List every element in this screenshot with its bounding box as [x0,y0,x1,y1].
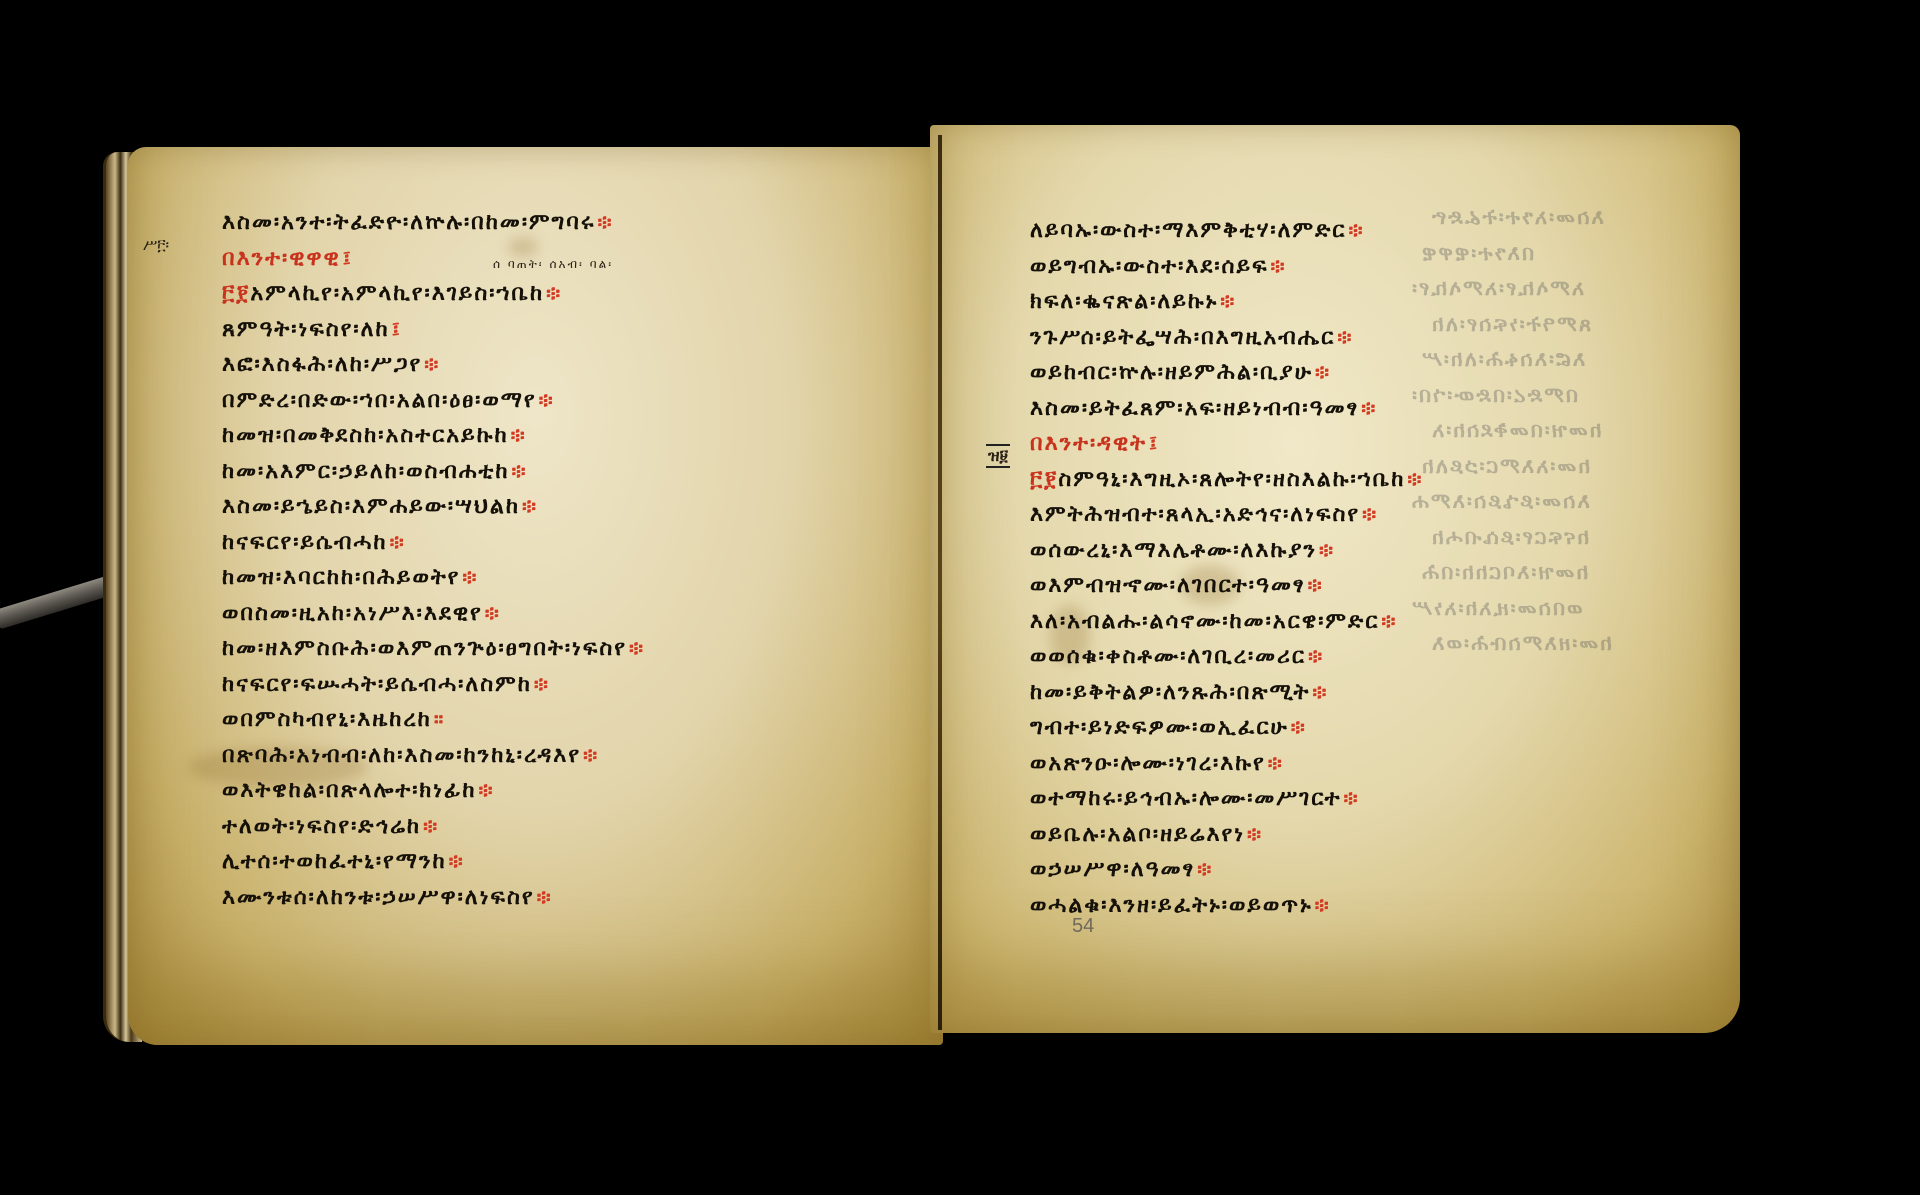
left-text-line: ጸምዓት፡ነፍስየ፡ለከ፤ [222,312,645,348]
verse-divider-icon: ፤ [392,317,402,341]
right-text-line: እምትሕዝብተ፡ጸላኢ፡አድኅና፡ለነፍስየ፨ [1030,497,1423,533]
left-text-line: ወበስመ፡ዚአከ፡አነሥእ፡እደዊየ፨ [222,596,645,632]
rubric-numeral: ፫፻ [1030,467,1058,492]
line-text: ወይከብር፡ኵሉ፡ዘይምሕል፡ቢያሁ [1030,360,1313,385]
verse-divider-icon: ፨ [462,565,478,589]
verse-divider-icon: ፨ [1197,857,1213,881]
bleed-through-line: በምድረ፡በድው፡ኀበ፡ [1410,383,1578,408]
verse-divider-icon: ፨ [1291,715,1307,739]
left-text-line: ከመ፡ዘእምስቡሕ፡ወእምጠንጕዕ፡ፀግበት፡ነፍስየ፨ [222,631,645,667]
line-text: እምትሕዝብተ፡ጸላኢ፡አድኅና፡ለነፍስየ [1030,502,1360,527]
line-text: ወተማከሩ፡ይኅብኡ፡ሎሙ፡መሥገርተ [1030,786,1342,811]
left-text-line: ተለወት፡ነፍስየ፡ድኅሬከ፨ [222,809,645,845]
bleed-through-line: ወበስመ፡ዚአከ፡አነሥ [1410,596,1583,621]
verse-divider-icon: ፨ [1315,360,1331,384]
verse-divider-icon: ፤ [343,246,353,270]
verse-divider-icon: ፨ [534,672,550,696]
verse-divider-icon: ፨ [1308,644,1324,668]
verse-divider-icon: ፨ [1315,893,1331,917]
right-text-line: ንጉሥሰ፡ይትፌሣሕ፡በእግዚአብሔር፨ [1030,320,1423,356]
bleed-through-line: እስመ፡አንተ፡ትፈድዮ [1430,205,1604,230]
line-text: እለ፡አብልሑ፡ልሳኖሙ፡ከመ፡አርዌ፡ምድር [1030,609,1379,634]
verse-divider-icon: ፤ [1149,431,1159,455]
verse-divider-icon: ፨ [1344,786,1360,810]
bleed-through-line: ከመ፡ዘእምስቡሕ፡ወእ [1430,631,1612,656]
verse-divider-icon: ፨ [1319,538,1335,562]
verse-divider-icon: ፨ [485,601,501,625]
verse-divider-icon: ፨ [1362,502,1378,526]
rubric-numeral: ፫፻ [222,281,250,306]
right-text-line: ወእምብዝኆሙ፡ለገበርተ፡ዓመፃ፨ [1030,568,1423,604]
verse-divider-icon: ፨ [423,814,439,838]
left-text-line: ፫፻አምላኪየ፡አምላኪየ፡እገይስ፡ኀቤከ፨ [222,276,645,312]
verse-divider-icon: ፨ [546,281,562,305]
right-text-line: በእንተ፡ዳዊት፤ [1030,426,1423,462]
line-text: እስመ፡አንተ፡ትፈድዮ፡ለኵሉ፡በከመ፡ምግባሩ [222,210,595,235]
verse-divider-icon: ፨ [537,885,553,909]
right-text-line: ወአጽንዑ፡ሎሙ፡ነገረ፡እኩየ፨ [1030,746,1423,782]
verse-divider-icon: ፨ [1271,254,1287,278]
left-text-line: ከናፍርየ፡ይሴብሓከ፨ [222,525,645,561]
left-text-line: እስመ፡ይኄይስ፡እምሐይው፡ሣህልከ፨ [222,489,645,525]
bleed-through-line: እስመ፡ይኄይስ፡እምሐ [1410,489,1590,514]
verse-divider-icon: ፨ [629,636,645,660]
open-manuscript: ሥ፫፡ ሰ ባጠት፡ ሰአብ፡ ባል፡ ዝ፱ 54 እስመ፡አንተ፡ትፈድዮበእ… [0,0,1920,1195]
bleed-through-line: ጸምዓት፡ነፍስየ፡ለከ [1430,312,1591,337]
verse-divider-icon: ። [434,707,445,731]
line-text: በእንተ፡ዳዊት [1030,431,1147,456]
left-page-text: እስመ፡አንተ፡ትፈድዮ፡ለኵሉ፡በከመ፡ምግባሩ፨በእንተ፡ዊዋዊ፤፫፻አምላ… [222,205,645,915]
line-text: በእንተ፡ዊዋዊ [222,246,341,271]
line-text: ወእትዌከል፡በጽላሎተ፡ክነፊከ [222,778,477,803]
verse-divider-icon: ፨ [1337,325,1353,349]
line-text: ለይባኡ፡ውስተ፡ማእምቅቲሃ፡ለምድር [1030,218,1346,243]
line-text: ጸምዓት፡ነፍስየ፡ለከ [222,317,390,342]
verse-divider-icon: ፨ [1268,751,1284,775]
right-page-text: ለይባኡ፡ውስተ፡ማእምቅቲሃ፡ለምድር፨ወይግብኡ፡ውስተ፡እደ፡ሰይፍ፨ክፍ… [1030,213,1423,923]
line-text: ከመዝ፡በመቅደስከ፡አስተርአይኩከ [222,423,509,448]
verse-divider-icon: ፨ [1407,467,1423,491]
line-text: ወሰውረኒ፡እማእሌቶሙ፡ለእኩያን [1030,538,1317,563]
line-text: ወበምስካብየኒ፡እዜከረከ [222,707,432,732]
right-text-line: እስመ፡ይትፈጸም፡አፍ፡ዘይነብብ፡ዓመፃ፨ [1030,391,1423,427]
right-text-line: ግብተ፡ይነድፍዎሙ፡ወኢፈርሁ፨ [1030,710,1423,746]
right-text-line: ወሓልቁ፡እንዘ፡ይፈትኑ፡ወይወጥኑ፨ [1030,888,1423,924]
verse-divider-icon: ፨ [1348,218,1364,242]
line-text: ግብተ፡ይነድፍዎሙ፡ወኢፈርሁ [1030,715,1289,740]
verse-divider-icon: ፨ [1220,289,1236,313]
line-text: አምላኪየ፡አምላኪየ፡እገይስ፡ኀቤከ [250,281,544,306]
line-text: ክፍለ፡ቈናጽል፡ለይኩኑ [1030,289,1218,314]
left-text-line: እስመ፡አንተ፡ትፈድዮ፡ለኵሉ፡በከመ፡ምግባሩ፨ [222,205,645,241]
bleed-through-line: በእንተ፡ዊዋዊ [1420,241,1534,266]
line-text: ከመዝ፡እባርከከ፡በሕይወትየ [222,565,460,590]
verse-divider-icon: ፨ [1381,609,1397,633]
verse-divider-icon: ፨ [539,388,555,412]
left-text-line: በጽባሕ፡አነብብ፡ለከ፡እስመ፡ከንከኒ፡ረዳእየ፨ [222,738,645,774]
right-text-line: ክፍለ፡ቈናጽል፡ለይኩኑ፨ [1030,284,1423,320]
right-text-line: ወይግብኡ፡ውስተ፡እደ፡ሰይፍ፨ [1030,249,1423,285]
bleed-through-line: አምላኪየ፡አምላኪየ፡ [1410,276,1584,301]
line-text: ወወሰቁ፡ቀስቶሙ፡ለገቢረ፡መሪር [1030,644,1306,669]
left-text-line: ወእትዌከል፡በጽላሎተ፡ክነፊከ፨ [222,773,645,809]
left-text-line: ሊተሰ፡ተወከፈተኒ፡የማንከ፨ [222,844,645,880]
verse-divider-icon: ፨ [479,778,495,802]
gutter [938,135,942,1030]
line-text: ወሓልቁ፡እንዘ፡ይፈትኑ፡ወይወጥኑ [1030,893,1313,918]
verse-divider-icon: ፨ [1361,396,1377,420]
left-text-line: እፎ፡እስፋሕ፡ለከ፡ሥጋየ፨ [222,347,645,383]
bleed-through-line: ከመዝ፡በመቅደስከ፡አ [1430,418,1601,443]
line-text: ከናፍርየ፡ይሴብሓከ [222,530,388,555]
line-text: ወበስመ፡ዚአከ፡አነሥእ፡እደዊየ [222,601,483,626]
line-text: እፎ፡እስፋሕ፡ለከ፡ሥጋየ [222,352,422,377]
bleed-through-line: ከናፍርየ፡ይሴብሓከ [1430,525,1589,550]
line-text: ስምዓኒ፡እግዚኦ፡ጸሎትየ፡ዘስእልኩ፡ኀቤከ [1058,467,1405,492]
bleed-through-line: ከመዝ፡እባርከከ፡በሕ [1420,560,1588,585]
margin-section-mark: ዝ፱ [986,444,1010,468]
left-text-line: ከመዝ፡እባርከከ፡በሕይወትየ፨ [222,560,645,596]
line-text: ከመ፡ይቅትልዎ፡ለንጹሕ፡በጽሚት [1030,680,1310,705]
right-text-line: ለይባኡ፡ውስተ፡ማእምቅቲሃ፡ለምድር፨ [1030,213,1423,249]
right-text-line: ወተማከሩ፡ይኅብኡ፡ሎሙ፡መሥገርተ፨ [1030,781,1423,817]
left-text-line: ከመዝ፡በመቅደስከ፡አስተርአይኩከ፨ [222,418,645,454]
bleed-through-line: ከመ፡አእምር፡ኃይለከ [1420,454,1590,479]
line-text: ከናፍርየ፡ፍሡሓት፡ይሴብሓ፡ለስምከ [222,672,532,697]
line-text: ወይቤሉ፡አልቦ፡ዘይሬእየነ [1030,822,1245,847]
verse-divider-icon: ፨ [1247,822,1263,846]
line-text: በጽባሕ፡አነብብ፡ለከ፡እስመ፡ከንከኒ፡ረዳእየ [222,743,581,768]
left-text-line: እሙንቱሰ፡ለከንቱ፡ኃሠሥዋ፡ለነፍስየ፨ [222,880,645,916]
verse-divider-icon: ፨ [512,459,528,483]
line-text: እሙንቱሰ፡ለከንቱ፡ኃሠሥዋ፡ለነፍስየ [222,885,535,910]
line-text: ከመ፡አእምር፡ኃይለከ፡ወስብሐቲከ [222,459,510,484]
right-text-line: ወኃሠሥዋ፡ለዓመፃ፨ [1030,852,1423,888]
line-text: ተለወት፡ነፍስየ፡ድኅሬከ [222,814,421,839]
verse-divider-icon: ፨ [522,494,538,518]
right-text-line: ወሰውረኒ፡እማእሌቶሙ፡ለእኩያን፨ [1030,533,1423,569]
line-text: ወይግብኡ፡ውስተ፡እደ፡ሰይፍ [1030,254,1269,279]
bleed-through-line: እፎ፡እስፋሕ፡ለከ፡ሥ [1420,347,1585,372]
left-text-line: ወበምስካብየኒ፡እዜከረከ። [222,702,645,738]
left-text-line: በምድረ፡በድው፡ኀበ፡አልበ፡ዕፀ፡ወማየ፨ [222,383,645,419]
right-text-line: ፫፻ስምዓኒ፡እግዚኦ፡ጸሎትየ፡ዘስእልኩ፡ኀቤከ፨ [1030,462,1423,498]
verse-divider-icon: ፨ [390,530,406,554]
line-text: ወአጽንዑ፡ሎሙ፡ነገረ፡እኩየ [1030,751,1266,776]
line-text: ወኃሠሥዋ፡ለዓመፃ [1030,857,1195,882]
right-text-line: ከመ፡ይቅትልዎ፡ለንጹሕ፡በጽሚት፨ [1030,675,1423,711]
left-text-line: በእንተ፡ዊዋዊ፤ [222,241,645,277]
verse-divider-icon: ፨ [449,849,465,873]
verse-divider-icon: ፨ [424,352,440,376]
right-text-line: ወይቤሉ፡አልቦ፡ዘይሬእየነ፨ [1030,817,1423,853]
left-text-line: ከናፍርየ፡ፍሡሓት፡ይሴብሓ፡ለስምከ፨ [222,667,645,703]
right-text-line: እለ፡አብልሑ፡ልሳኖሙ፡ከመ፡አርዌ፡ምድር፨ [1030,604,1423,640]
verse-divider-icon: ፨ [511,423,527,447]
verse-divider-icon: ፨ [1308,573,1324,597]
verse-divider-icon: ፨ [583,743,599,767]
line-text: ሊተሰ፡ተወከፈተኒ፡የማንከ [222,849,447,874]
line-text: እስመ፡ይኄይስ፡እምሐይው፡ሣህልከ [222,494,520,519]
right-text-line: ወይከብር፡ኵሉ፡ዘይምሕል፡ቢያሁ፨ [1030,355,1423,391]
marginal-reference: ሥ፫፡ [143,236,169,254]
right-text-line: ወወሰቁ፡ቀስቶሙ፡ለገቢረ፡መሪር፨ [1030,639,1423,675]
line-text: በምድረ፡በድው፡ኀበ፡አልበ፡ዕፀ፡ወማየ [222,388,537,413]
verse-divider-icon: ፨ [597,210,613,234]
line-text: እስመ፡ይትፈጸም፡አፍ፡ዘይነብብ፡ዓመፃ [1030,396,1359,421]
left-text-line: ከመ፡አእምር፡ኃይለከ፡ወስብሐቲከ፨ [222,454,645,490]
line-text: ወእምብዝኆሙ፡ለገበርተ፡ዓመፃ [1030,573,1306,598]
line-text: ከመ፡ዘእምስቡሕ፡ወእምጠንጕዕ፡ፀግበት፡ነፍስየ [222,636,627,661]
line-text: ንጉሥሰ፡ይትፌሣሕ፡በእግዚአብሔር [1030,325,1335,350]
verse-divider-icon: ፨ [1312,680,1328,704]
